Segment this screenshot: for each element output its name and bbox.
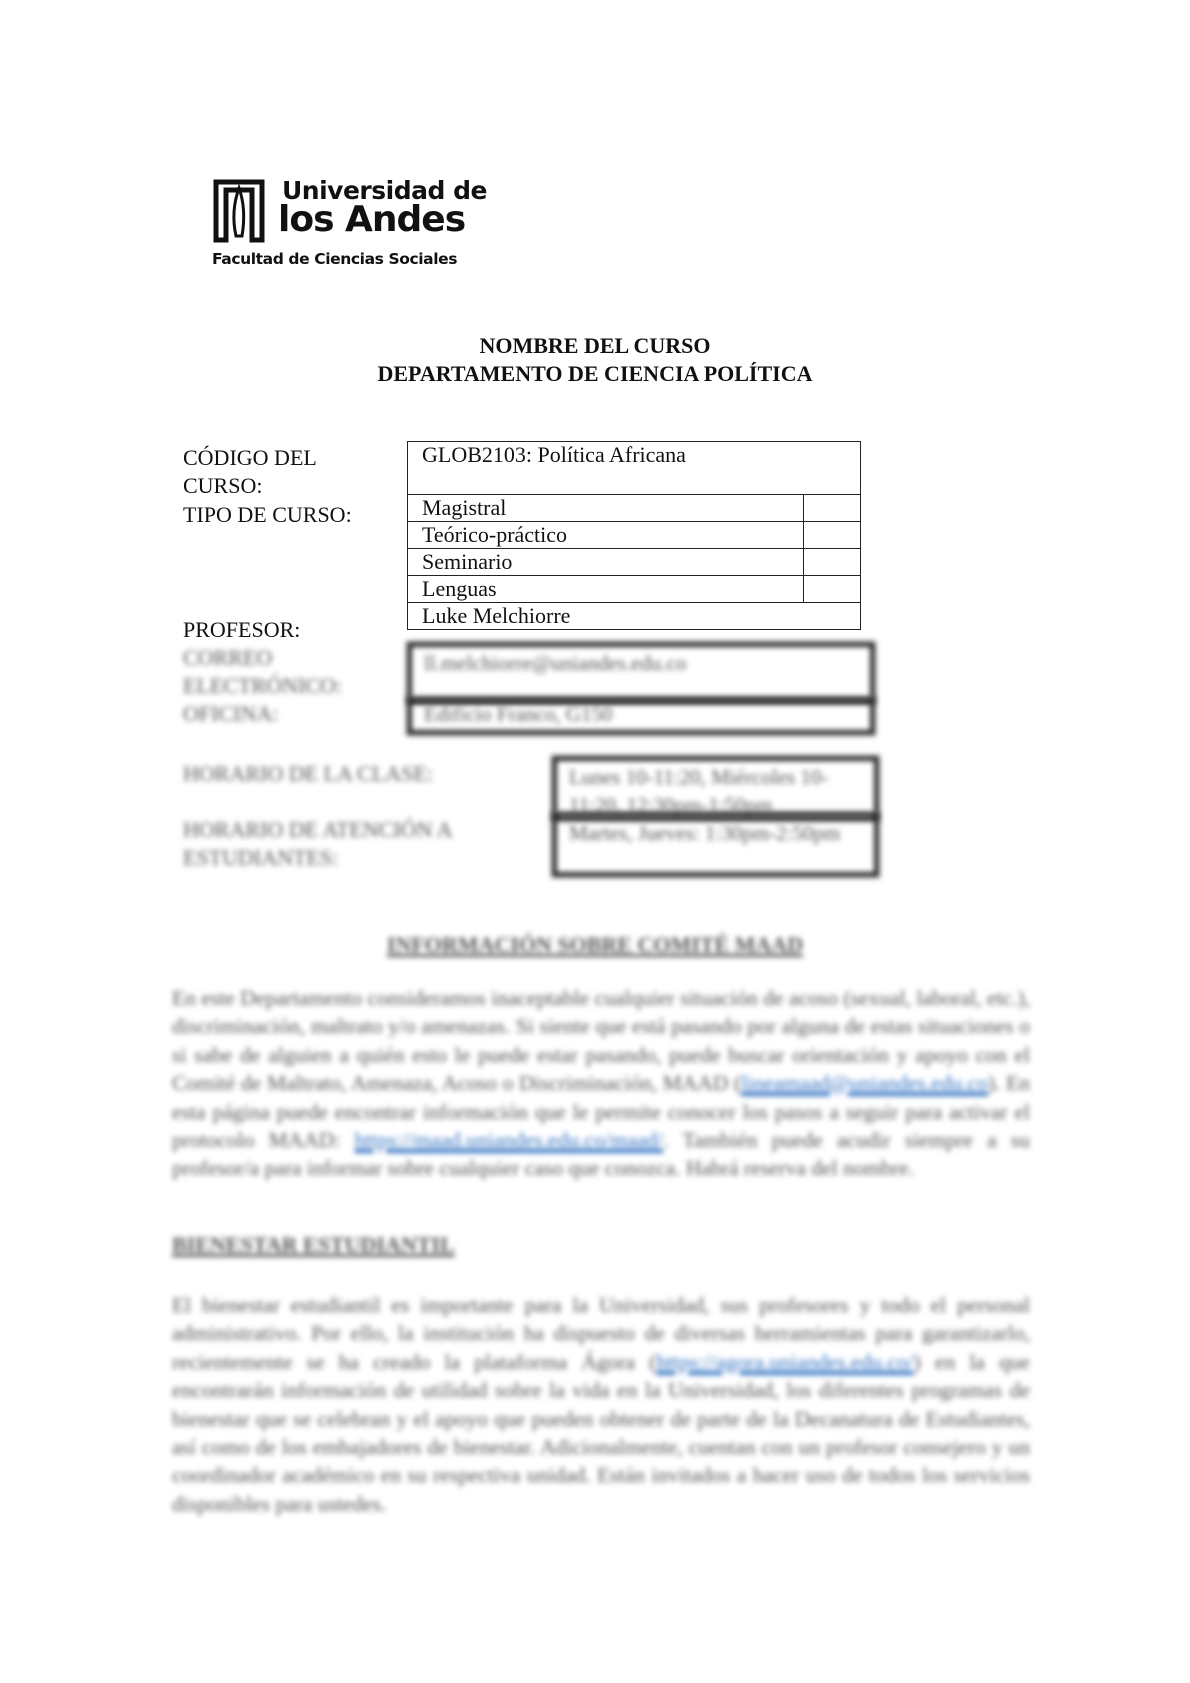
hours-label-line1: HORARIO DE ATENCIÓN A <box>183 816 453 844</box>
office-box: Edificio Franco, G150 <box>408 698 874 734</box>
professor-cell: Luke Melchiorre <box>408 603 861 630</box>
course-type-lenguas: Lenguas <box>408 576 804 603</box>
course-type-lenguas-check[interactable] <box>804 576 861 603</box>
agora-link[interactable]: https://agora.uniandes.edu.co/ <box>656 1350 913 1374</box>
office-value: Edificio Franco, G150 <box>424 700 862 728</box>
maad-email-link[interactable]: lineamaad@uniandes.edu.co <box>741 1071 988 1095</box>
logo-emblem-icon <box>212 178 266 244</box>
hours-label: HORARIO DE ATENCIÓN A ESTUDIANTES: <box>183 816 453 872</box>
office-label: OFICINA: <box>183 700 342 728</box>
course-type-magistral: Magistral <box>408 495 804 522</box>
maad-protocol-link[interactable]: https://maad.uniandes.edu.co/maad/ <box>354 1128 663 1152</box>
schedule-value: Lunes 10-11:20, Miércoles 10-11:20, 12:3… <box>569 763 866 819</box>
code-label-line1: CÓDIGO DEL <box>183 444 317 472</box>
course-type-seminario: Seminario <box>408 549 804 576</box>
university-logo: Universidad de los Andes Facultad de Cie… <box>212 176 472 276</box>
logo-line-2: los Andes <box>278 199 465 240</box>
course-code-cell: GLOB2103: Política Africana <box>408 442 861 495</box>
email-label-line2: ELECTRÓNICO: <box>183 672 342 700</box>
type-label: TIPO DE CURSO: <box>183 501 352 529</box>
course-type-magistral-check[interactable] <box>804 495 861 522</box>
course-name-title: NOMBRE DEL CURSO <box>0 333 1190 359</box>
section-heading-bienestar: BIENESTAR ESTUDIANTIL <box>172 1232 455 1258</box>
code-label: CÓDIGO DEL CURSO: <box>183 444 317 500</box>
section-paragraph-bienestar: El bienestar estudiantil es importante p… <box>172 1291 1030 1518</box>
email-label-line1: CORREO <box>183 644 342 672</box>
course-type-seminario-check[interactable] <box>804 549 861 576</box>
professor-label: PROFESOR: <box>183 616 300 644</box>
paragraph-text: ) en la que encontrarán información de u… <box>172 1350 1030 1516</box>
course-type-teorico-practico: Teórico-práctico <box>408 522 804 549</box>
department-title: DEPARTAMENTO DE CIENCIA POLÍTICA <box>0 361 1190 387</box>
section-paragraph-maad: En este Departamento consideramos inacep… <box>172 984 1030 1183</box>
email-box: ll.melchiorre@uniandes.edu.co <box>408 643 874 703</box>
logo-faculty: Facultad de Ciencias Sociales <box>212 250 457 268</box>
schedule-label: HORARIO DE LA CLASE: <box>183 760 433 788</box>
office-hours-box: Martes, Jueves: 1:30pm-2:50pm <box>553 813 878 876</box>
code-label-line2: CURSO: <box>183 472 317 500</box>
schedule-box: Lunes 10-11:20, Miércoles 10-11:20, 12:3… <box>553 757 878 820</box>
section-heading-maad: INFORMACIÓN SOBRE COMITÉ MAAD <box>0 932 1190 958</box>
course-info-table: GLOB2103: Política Africana Magistral Te… <box>407 441 861 630</box>
email-label: CORREO ELECTRÓNICO: OFICINA: <box>183 644 342 728</box>
hours-label-line2: ESTUDIANTES: <box>183 844 453 872</box>
office-hours-value: Martes, Jueves: 1:30pm-2:50pm <box>569 819 866 847</box>
email-value[interactable]: ll.melchiorre@uniandes.edu.co <box>424 649 862 677</box>
course-type-teorico-practico-check[interactable] <box>804 522 861 549</box>
